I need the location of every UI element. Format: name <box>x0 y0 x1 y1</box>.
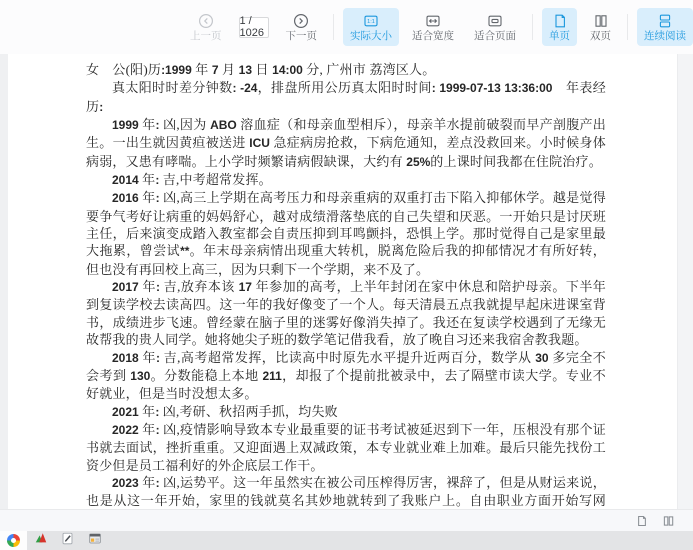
continuous-read-icon <box>657 13 673 29</box>
prev-page-label: 上一页 <box>190 31 222 42</box>
single-page-button[interactable]: 单页 <box>542 8 577 47</box>
taskbar-item-browser[interactable] <box>0 531 27 550</box>
continuous-read-button[interactable]: 连续阅读 <box>637 8 693 47</box>
taskbar-item-notepad[interactable] <box>54 531 81 550</box>
page-number-value: 1 / 1026 <box>240 15 268 39</box>
app-window-icon <box>88 532 102 550</box>
document-page: 女 公(阳)历:1999 年 7 月 13 日 14:00 分, 广州市 荔湾区… <box>8 54 677 509</box>
circle-chevron-left-icon <box>198 13 214 29</box>
prev-page-button[interactable]: 上一页 <box>183 8 229 47</box>
double-page-icon <box>593 13 609 29</box>
document-paragraph: 真太阳时时差分钟数: -24，排盘所用公历真太阳时时间: 1999-07-13 … <box>86 79 606 116</box>
pdf-reader-window: 上一页 1 / 1026 下一页 1:1 实际大小 <box>0 0 693 550</box>
double-page-button[interactable]: 双页 <box>583 8 618 47</box>
actual-size-button[interactable]: 1:1 实际大小 <box>343 8 399 47</box>
notepad-icon <box>61 532 74 550</box>
document-area: 女 公(阳)历:1999 年 7 月 13 日 14:00 分, 广州市 荔湾区… <box>0 54 693 509</box>
document-paragraph: 女 公(阳)历:1999 年 7 月 13 日 14:00 分, 广州市 荔湾区… <box>86 61 606 79</box>
fit-width-label: 适合宽度 <box>412 31 454 42</box>
double-page-label: 双页 <box>590 31 611 42</box>
next-page-label: 下一页 <box>286 31 318 42</box>
vertical-scrollbar[interactable] <box>677 54 693 509</box>
fit-page-icon <box>487 13 503 29</box>
single-page-icon <box>552 13 568 29</box>
media-app-icon <box>34 531 48 550</box>
document-paragraph: 2018 年: 吉,高考超常发挥，比读高中时原先水平提升近两百分，数学从 30 … <box>86 349 606 403</box>
next-page-button[interactable]: 下一页 <box>279 8 325 47</box>
document-paragraph: 2016 年: 凶,高三上学期在高考压力和母亲重病的双重打击下陷入抑郁休学。越是… <box>86 189 606 278</box>
toolbar-separator <box>627 14 628 40</box>
taskbar-item-media-app[interactable] <box>27 531 54 550</box>
single-page-label: 单页 <box>549 31 570 42</box>
single-page-view-icon[interactable] <box>636 515 648 527</box>
taskbar-item-app-window[interactable] <box>81 531 108 550</box>
svg-text:1:1: 1:1 <box>367 19 375 25</box>
fit-width-icon <box>425 13 441 29</box>
document-paragraph: 2023 年: 凶,运势平。这一年虽然实在被公司压榨得厉害，裸辞了，但是从财运来… <box>86 474 606 509</box>
fit-page-button[interactable]: 适合页面 <box>467 8 523 47</box>
document-paragraph: 2021 年: 凶,考研、秋招两手抓，均失败 <box>86 403 606 421</box>
toolbar-separator <box>333 14 334 40</box>
document-left-gutter <box>0 54 8 509</box>
two-page-view-icon[interactable] <box>662 515 675 527</box>
fit-page-label: 适合页面 <box>474 31 516 42</box>
toolbar-separator <box>532 14 533 40</box>
page-number-input[interactable]: 1 / 1026 <box>239 17 269 38</box>
reader-toolbar: 上一页 1 / 1026 下一页 1:1 实际大小 <box>0 0 693 54</box>
continuous-read-label: 连续阅读 <box>644 31 686 42</box>
os-taskbar <box>0 531 693 550</box>
document-paragraph: 2022 年: 凶,疫情影响导致本专业最重要的证书考试被延迟到下一年，压根没有那… <box>86 421 606 474</box>
actual-size-label: 实际大小 <box>350 31 392 42</box>
circle-chevron-right-icon <box>293 13 309 29</box>
actual-size-icon: 1:1 <box>363 13 379 29</box>
fit-width-button[interactable]: 适合宽度 <box>405 8 461 47</box>
document-paragraph: 2017 年: 吉,放弃本该 17 年参加的高考，上半年封闭在家中休息和陪护母亲… <box>86 278 606 348</box>
viewer-status-bar <box>0 509 693 531</box>
browser-icon <box>7 534 20 547</box>
document-paragraph: 1999 年: 凶,因为 ABO 溶血症（和母亲血型相斥），母亲羊水提前破裂而早… <box>86 116 606 171</box>
document-paragraph: 2014 年: 吉,中考超常发挥。 <box>86 171 606 189</box>
